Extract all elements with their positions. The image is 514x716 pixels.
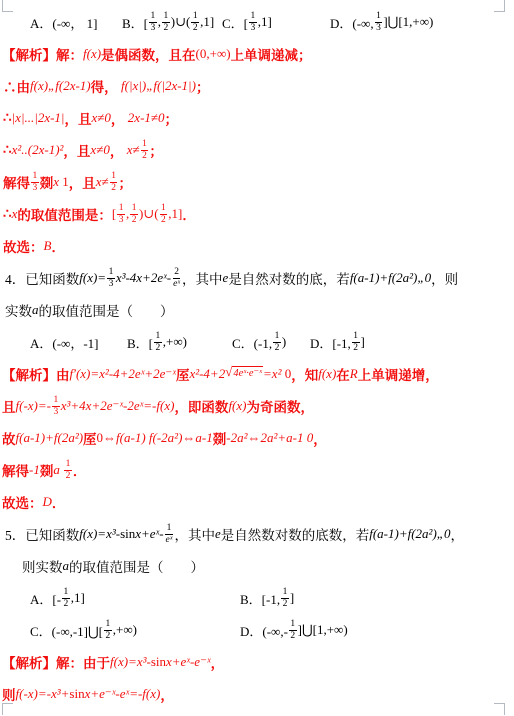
- text-segment: 【解析】解：由于: [2, 652, 110, 672]
- text-segment: ,+∞): [163, 334, 187, 350]
- text-segment: f(a-1)+f(2a²)„0: [350, 270, 431, 286]
- text-segment: D．(-∞,: [330, 13, 374, 32]
- fraction: 13: [117, 203, 125, 225]
- sqrt-expression: √4eˣ·e⁻ˣ: [225, 366, 263, 382]
- text-segment: sin: [120, 526, 135, 542]
- text-segment: ,+∞): [113, 622, 137, 638]
- text-segment: x≠: [127, 142, 140, 158]
- text-segment: x+eˣ-: [135, 526, 163, 542]
- text-segment: f(x): [228, 398, 246, 414]
- text-segment: ]: [361, 334, 365, 350]
- text-segment: 2x-1≠0: [128, 110, 165, 126]
- text-segment: 在: [336, 364, 350, 384]
- text-segment: -2a²: [226, 430, 247, 446]
- text-segment: f(a-1)+f(2a²)„0: [369, 526, 450, 542]
- fraction: 13: [107, 267, 115, 289]
- fraction: 12: [62, 587, 70, 609]
- text-segment: f(a-1) f(-2a²): [116, 430, 182, 446]
- fraction-denominator: 2: [192, 23, 199, 33]
- text-segment: ；: [118, 172, 132, 192]
- text-segment: 0⇔: [97, 430, 117, 446]
- text-segment: ，: [160, 684, 174, 704]
- text-segment: ，知: [291, 364, 318, 384]
- text-segment: 的取值范围是：: [17, 204, 112, 224]
- option-cell: A．(-∞， 1]: [30, 13, 122, 32]
- text-segment: ；: [149, 140, 163, 160]
- fraction-denominator: 3: [108, 279, 115, 289]
- text-segment: )∪(: [171, 14, 191, 30]
- text-segment: 5．已知函数: [5, 524, 79, 544]
- text-boundary-corner-bottom-left: [2, 703, 13, 715]
- q4-solution-line-4: 解得-1剟a 12．: [0, 454, 514, 486]
- fraction-denominator: 2: [141, 151, 148, 161]
- text-segment: sin: [69, 686, 84, 702]
- document-body: A．(-∞， 1]B．[13,12)∪(12,1]C．[13,1]D．(-∞,1…: [0, 0, 514, 710]
- text-boundary-corner-top-right: [494, 0, 505, 12]
- text-segment: f(-x)=-x³+: [16, 686, 70, 702]
- text-segment: f(x)=x³-: [110, 654, 151, 670]
- text-segment: f(x)=x³-: [79, 526, 120, 542]
- text-segment: D．(-∞,-: [240, 621, 288, 640]
- fraction-numerator: 1: [249, 11, 257, 22]
- text-segment: x+e⁻ˣ-eˣ=-f(x): [85, 686, 161, 702]
- text-segment: A．(-∞， 1]: [30, 13, 97, 32]
- text-segment: 【解析】解：: [2, 44, 83, 64]
- q4-solution-line-2: 且f(-x)=-13x³+4x+2e⁻ˣ-2eˣ=-f(x)，即函数f(x)为奇…: [0, 390, 514, 422]
- option-cell: D．(-∞,13]⋃[1,+∞): [330, 11, 433, 33]
- text-segment: 故: [2, 428, 16, 448]
- fraction-denominator: 3: [375, 23, 382, 33]
- q3-solution-line-6: ∴x的取值范围是：[13,12)∪(12,1]．: [0, 198, 514, 230]
- text-segment: ∴: [3, 206, 12, 222]
- fraction-denominator: 2: [63, 599, 70, 609]
- text-boundary-corner-bottom-right: [494, 703, 505, 715]
- text-segment: [: [112, 206, 116, 222]
- fraction: 12: [162, 11, 170, 33]
- text-segment: x≠0: [92, 110, 111, 126]
- fraction-numerator: 1: [160, 203, 168, 214]
- text-segment: =x²: [263, 366, 281, 382]
- fraction-denominator: eˣ: [165, 535, 174, 545]
- text-segment: 上单调递增，: [358, 364, 439, 384]
- fraction: 12: [154, 331, 162, 353]
- fraction-denominator: 2: [282, 599, 289, 609]
- text-segment: x≠: [96, 174, 109, 190]
- fraction-numerator: 2: [173, 267, 181, 278]
- text-segment: 的取值范围是（ ）: [69, 556, 204, 576]
- q5-solution-line-1: 【解析】解：由于f(x)=x³-sinx+eˣ-e⁻ˣ，: [0, 646, 514, 678]
- text-segment: a-1: [195, 430, 212, 446]
- text-segment: ⇔: [182, 430, 195, 446]
- text-segment: ，且: [69, 172, 96, 192]
- text-segment: ，: [110, 140, 127, 160]
- q3-options-row: A．(-∞， 1]B．[13,12)∪(12,1]C．[13,1]D．(-∞,1…: [0, 6, 514, 38]
- q5-stem-line-2: 则实数a的取值范围是（ ）: [0, 550, 514, 582]
- fraction-numerator: 1: [141, 139, 149, 150]
- text-segment: 为奇函数，: [246, 396, 314, 416]
- fraction: 12: [281, 587, 289, 609]
- text-segment: ]⋃[1,+∞): [383, 14, 433, 30]
- text-segment: ]⋃[1,+∞): [298, 622, 348, 638]
- text-segment: x²-4+2: [189, 366, 225, 382]
- fraction: 12: [160, 203, 168, 225]
- text-segment: ,1]: [258, 14, 272, 30]
- fraction-denominator: 3: [150, 23, 157, 33]
- text-segment: ，即函数: [174, 396, 228, 416]
- fraction-denominator: eˣ: [172, 279, 181, 289]
- q4-options-row: A．(-∞，-1]B．[12,+∞)C．(-1,12)D．[-1,12]: [0, 326, 514, 358]
- fraction-numerator: 1: [154, 331, 162, 342]
- text-segment: B: [44, 238, 52, 254]
- fraction-denominator: 2: [110, 183, 117, 193]
- fraction: 12: [110, 171, 118, 193]
- fraction: 1eˣ: [165, 523, 174, 545]
- option-cell: D．(-∞,-12]⋃[1,+∞): [240, 619, 348, 641]
- text-segment: f(x)=: [79, 270, 106, 286]
- fraction-numerator: 1: [191, 11, 199, 22]
- fraction: 13: [249, 11, 257, 33]
- fraction-denominator: 3: [118, 215, 125, 225]
- document-page: { "page": { "background": "#ffffff", "te…: [0, 0, 514, 716]
- fraction-numerator: 1: [375, 11, 383, 22]
- text-segment: A．[-: [30, 589, 61, 608]
- text-segment: ,1]: [200, 14, 214, 30]
- fraction-denominator: 2: [274, 343, 281, 353]
- text-segment: ,1]: [168, 206, 182, 222]
- fraction-denominator: 3: [250, 23, 257, 33]
- text-segment: f(a-1)+f(2a²): [16, 430, 84, 446]
- fraction-numerator: 1: [107, 267, 115, 278]
- text-segment: D．[-1,: [310, 333, 351, 352]
- text-segment: x²..(2x-1)²: [12, 142, 64, 158]
- text-segment: 厔: [83, 428, 97, 448]
- fraction: 12: [141, 139, 149, 161]
- text-segment: f(|x|)„f(|2x-1|): [121, 78, 196, 94]
- fraction: 12: [130, 203, 138, 225]
- text-segment: C．(-1,: [232, 333, 272, 352]
- text-segment: 剟: [213, 428, 227, 448]
- fraction-denominator: 2: [65, 471, 72, 481]
- text-boundary-corner-top-left: [2, 0, 13, 12]
- fraction-numerator: 1: [31, 171, 39, 182]
- option-cell: A．[-12,1]: [30, 587, 240, 609]
- text-segment: ；: [196, 76, 210, 96]
- fraction-denominator: 3: [32, 183, 39, 193]
- text-segment: ．: [182, 204, 196, 224]
- text-segment: ，: [111, 108, 128, 128]
- fraction: 12: [273, 331, 281, 353]
- text-segment: ，: [451, 524, 465, 544]
- fraction-numerator: 1: [165, 523, 173, 534]
- q5-stem-line-1: 5．已知函数f(x)=x³-sinx+eˣ-1eˣ，其中e是自然数对数的底数，若…: [0, 518, 514, 550]
- text-segment: 的取值范围是（ ）: [39, 300, 174, 320]
- q5-options-row-2: C．(-∞,-1]⋃[12,+∞)D．(-∞,-12]⋃[1,+∞): [0, 614, 514, 646]
- option-cell: D．[-1,12]: [310, 331, 365, 353]
- q3-answer-line: 故选：B．: [0, 230, 514, 262]
- fraction-numerator: 1: [289, 619, 297, 630]
- text-segment: |x|...|2x-1|: [12, 110, 65, 126]
- text-segment: ]: [290, 590, 294, 606]
- text-segment: 0: [281, 366, 291, 382]
- fraction-numerator: 1: [104, 619, 112, 630]
- q5-solution-line-2: 则f(-x)=-x³+sinx+e⁻ˣ-eˣ=-f(x)，: [0, 678, 514, 710]
- fraction-numerator: 1: [352, 331, 360, 342]
- text-segment: 上单调递减；: [231, 44, 312, 64]
- text-segment: B．[: [122, 13, 148, 32]
- q4-solution-line-3: 故f(a-1)+f(2a²)厔0⇔f(a-1) f(-2a²)⇔a-1剟-2a²…: [0, 422, 514, 454]
- text-segment: f′(x)=x²-4+2eˣ+2e⁻ˣ: [70, 366, 176, 382]
- text-segment: ，且: [63, 140, 90, 160]
- text-segment: ，: [313, 428, 327, 448]
- option-cell: B．[13,12)∪(12,1]: [122, 11, 222, 33]
- fraction-numerator: 1: [281, 587, 289, 598]
- fraction: 13: [375, 11, 383, 33]
- fraction-numerator: 1: [130, 203, 138, 214]
- text-segment: ．: [51, 236, 65, 256]
- text-segment: 得，: [91, 76, 121, 96]
- text-segment: 是偶函数，且在: [101, 44, 196, 64]
- option-cell: C．[13,1]: [222, 11, 330, 33]
- q4-solution-line-1: 【解析】由f′(x)=x²-4+2eˣ+2e⁻ˣ厔x²-4+2√4eˣ·e⁻ˣ=…: [0, 358, 514, 390]
- text-segment: 是自然对数的底，若: [228, 268, 350, 288]
- text-segment: ,1]: [71, 590, 85, 606]
- text-segment: ，其中: [182, 268, 223, 288]
- option-cell: C．(-1,12): [232, 331, 310, 353]
- text-segment: 则实数: [22, 556, 63, 576]
- text-segment: (0,+∞): [196, 46, 231, 62]
- text-segment: ，且: [65, 108, 92, 128]
- fraction-denominator: 2: [289, 631, 296, 641]
- q3-solution-line-2: ∴由f(x)„f(2x-1)得， f(|x|)„f(|2x-1|)；: [0, 70, 514, 102]
- fraction-denominator: 2: [160, 215, 167, 225]
- fraction-denominator: 3: [52, 407, 59, 417]
- option-cell: A．(-∞，-1]: [30, 333, 127, 352]
- q3-solution-line-3: ∴|x|...|2x-1|，且x≠0， 2x-1≠0；: [0, 102, 514, 134]
- fraction-denominator: 2: [155, 343, 162, 353]
- text-segment: ∴: [3, 142, 12, 158]
- fraction: 13: [52, 395, 60, 417]
- text-segment: f(x): [83, 46, 101, 62]
- fraction-denominator: 2: [163, 23, 170, 33]
- fraction-numerator: 1: [62, 587, 70, 598]
- q4-answer-line: 故选：D．: [0, 486, 514, 518]
- text-segment: 1: [59, 174, 69, 190]
- fraction-denominator: 2: [105, 631, 112, 641]
- text-segment: C．[: [222, 13, 248, 32]
- text-segment: 则: [2, 684, 16, 704]
- fraction: 12: [104, 619, 112, 641]
- text-segment: 【解析】由: [2, 364, 70, 384]
- text-segment: ,: [158, 14, 161, 30]
- text-segment: ．: [73, 460, 87, 480]
- fraction: 13: [149, 11, 157, 33]
- text-segment: [60, 462, 63, 478]
- text-segment: f(x)„f(2x-1): [30, 78, 91, 94]
- text-segment: )∪(: [139, 206, 159, 222]
- fraction-denominator: 2: [131, 215, 138, 225]
- q5-options-row-1: A．[-12,1]B．[-1,12]: [0, 582, 514, 614]
- text-segment: 解得: [2, 460, 29, 480]
- q3-solution-line-4: ∴x²..(2x-1)²，且x≠0， x≠12；: [0, 134, 514, 166]
- radicand: 4eˣ·e⁻ˣ: [232, 366, 263, 382]
- text-segment: ): [282, 334, 286, 350]
- text-segment: C．(-∞,-1]⋃[: [30, 621, 103, 640]
- text-segment: D: [43, 494, 52, 510]
- radical-sign: √: [225, 365, 232, 378]
- fraction-numerator: 1: [64, 459, 72, 470]
- text-segment: f(-x)=-: [16, 398, 51, 414]
- text-segment: 故选：: [3, 236, 44, 256]
- text-segment: B．[: [127, 333, 153, 352]
- text-segment: 解得: [3, 172, 30, 192]
- text-segment: sin: [151, 654, 166, 670]
- q3-solution-line-1: 【解析】解：f(x)是偶函数，且在(0,+∞)上单调递减；: [0, 38, 514, 70]
- option-cell: C．(-∞,-1]⋃[12,+∞): [30, 619, 240, 641]
- text-segment: x+eˣ-e⁻ˣ: [166, 654, 211, 670]
- fraction-numerator: 1: [273, 331, 281, 342]
- fraction-numerator: 1: [117, 203, 125, 214]
- text-segment: x³-4x+2eˣ-: [116, 270, 171, 286]
- text-segment: ；: [165, 108, 179, 128]
- text-segment: A．(-∞，-1]: [30, 333, 98, 352]
- fraction-numerator: 1: [52, 395, 60, 406]
- text-segment: ∴: [3, 110, 12, 126]
- fraction-denominator: 2: [352, 343, 359, 353]
- text-segment: ．: [52, 492, 66, 512]
- q3-solution-line-5: 解得13剟x 1，且x≠12；: [0, 166, 514, 198]
- fraction: 12: [191, 11, 199, 33]
- text-segment: B．[-1,: [240, 589, 280, 608]
- option-cell: B．[12,+∞): [127, 331, 232, 353]
- text-segment: 剟: [40, 460, 54, 480]
- text-segment: 故选：: [2, 492, 43, 512]
- fraction: 12: [289, 619, 297, 641]
- text-segment: 剟: [40, 172, 54, 192]
- text-segment: x≠0: [90, 142, 109, 158]
- text-segment: 厔: [176, 364, 190, 384]
- text-segment: ，其中: [174, 524, 215, 544]
- text-segment: x³+4x+2e⁻ˣ-2eˣ=-f(x): [61, 398, 175, 414]
- option-cell: B．[-1,12]: [240, 587, 294, 609]
- text-segment: ，: [211, 652, 225, 672]
- text-segment: 实数: [5, 300, 32, 320]
- text-segment: f(x): [318, 366, 336, 382]
- fraction: 2eˣ: [172, 267, 181, 289]
- text-segment: R: [350, 366, 358, 382]
- fraction-numerator: 1: [162, 11, 170, 22]
- text-segment: 且: [2, 396, 16, 416]
- text-segment: 2a²+a-1 0: [260, 430, 313, 446]
- text-segment: ⇔: [247, 430, 260, 446]
- text-segment: ∴由: [3, 76, 30, 96]
- q4-stem-line-1: 4．已知函数f(x)=13x³-4x+2eˣ-2eˣ，其中e是自然对数的底，若f…: [0, 262, 514, 294]
- fraction-numerator: 1: [110, 171, 118, 182]
- fraction-numerator: 1: [149, 11, 157, 22]
- fraction: 12: [352, 331, 360, 353]
- fraction: 12: [64, 459, 72, 481]
- fraction: 13: [31, 171, 39, 193]
- text-segment: 4．已知函数: [5, 268, 79, 288]
- text-segment: 是自然数对数的底数，若: [221, 524, 370, 544]
- q4-stem-line-2: 实数a的取值范围是（ ）: [0, 294, 514, 326]
- text-segment: -1: [29, 462, 40, 478]
- text-segment: ，则: [431, 268, 458, 288]
- text-segment: ,: [126, 206, 129, 222]
